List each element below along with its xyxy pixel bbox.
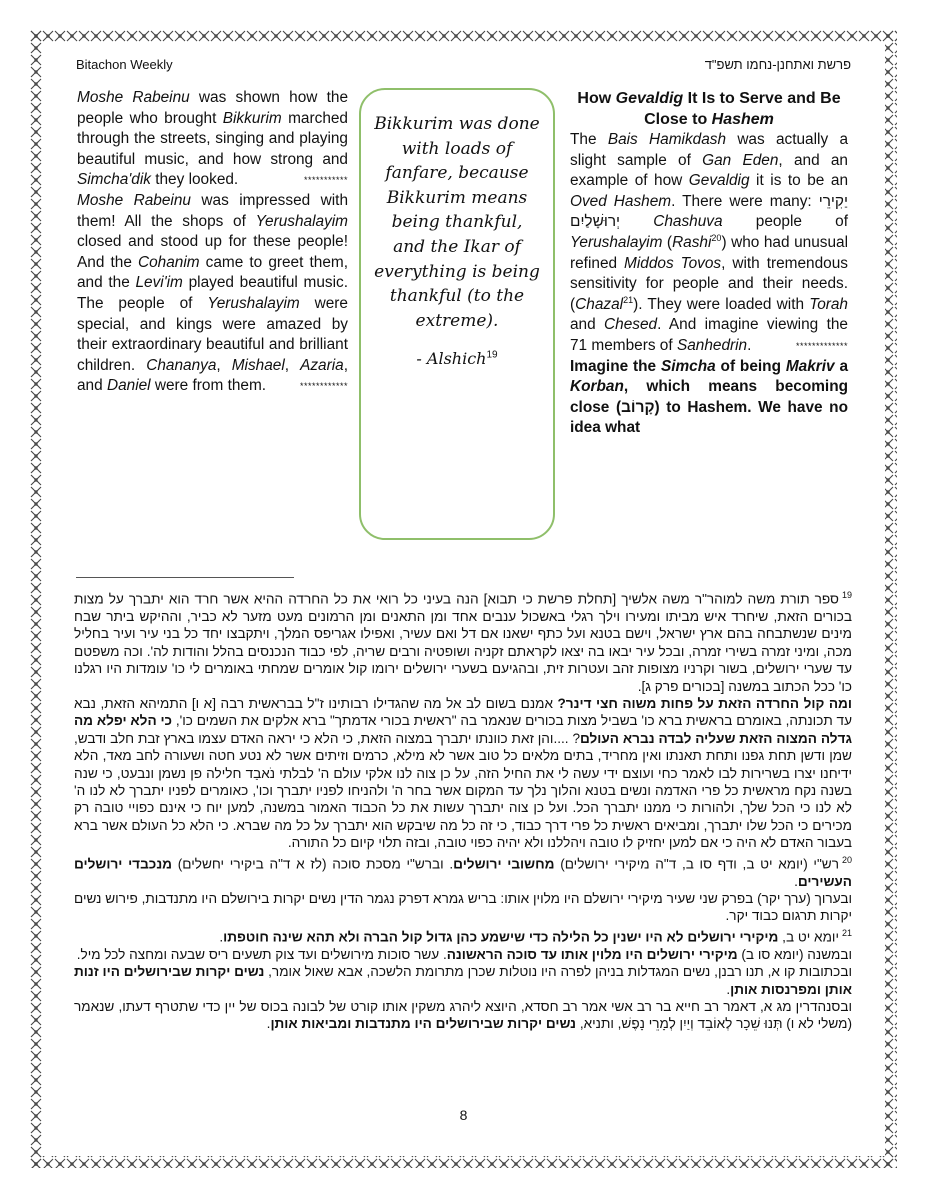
text: of being [716,358,786,375]
bold-text: נשים יקרות שבירושלים היו מתנדבות ומביאות… [270,1016,576,1031]
italic-term: Gevaldig [689,172,750,189]
text: . [747,337,751,354]
page-header: Bitachon Weekly פרשת ואתחנן-נחמו תשפ"ד [76,57,851,75]
footnote-ref: 20 [711,233,721,243]
text: a [835,358,848,375]
italic-term: Daniel [107,377,151,394]
italic-term: Simcha'dik [77,171,151,188]
pull-quote-attribution: - Alshich19 [361,349,553,368]
text: ובכתובות קו א, תנו רבנן, נשים המגדלות בנ… [264,964,852,979]
italic-term: Torah [809,296,848,313]
footnote-19: 19ספר תורת משה למוהר"ר משה אלשיך [תחלת פ… [74,587,852,852]
italic-term: Bikkurim [223,110,282,127]
text: and [570,316,604,333]
pull-quote-text: Bikkurim was done with loads of fanfare,… [361,112,553,333]
italic-term: Makriv [786,358,835,375]
text: ( [662,234,672,251]
section-title: How Gevaldig It Is to Serve and Be Close… [570,88,848,130]
italic-term: Chananya [146,357,216,374]
separator-stars: *********** [304,170,348,191]
italic-term: Korban [570,378,624,395]
right-column: How Gevaldig It Is to Serve and Be Close… [570,88,848,439]
footnote-20-continued: ובערוך (ערך יקר) בפרק שני שעיר מיקירי יר… [74,890,852,925]
attribution-text: - Alshich [416,349,486,368]
text: ? ....והן זאת כוונתו יתברך במצוה הזאת, כ… [74,731,852,850]
text: , [216,357,231,374]
text: ספר תורת משה למוהר"ר משה אלשיך [תחלת פרש… [74,592,852,694]
bold-text: מיקירי ירושלים היו מלוין אותו עד סוכה הר… [447,947,738,962]
text: Imagine the [570,358,661,375]
text: , [285,357,300,374]
italic-term: Cohanim [138,254,200,271]
italic-term: Gevaldig [616,90,684,107]
text: ובמשנה (יומא סו ב) [738,947,852,962]
left-paragraph-2: Moshe Rabeinu was impressed with them! A… [77,191,348,397]
text: ). They were loaded with [633,296,809,313]
footnote-number: 19 [842,590,852,600]
footnote-21-sanhedrin: ובסנהדרין מג א, דאמר רב חייא בר רב אשי א… [74,998,852,1033]
italic-term: Levi'im [135,274,182,291]
left-paragraph-1: Moshe Rabeinu was shown how the people w… [77,88,348,191]
italic-term: Yerushalayim [570,234,662,251]
parsha-title: פרשת ואתחנן-נחמו תשפ"ד [705,57,851,72]
italic-term: Yerushalayim [207,295,299,312]
text: . There were many: [671,193,819,210]
text: it is to be an [750,172,848,189]
right-paragraph-2: Imagine the Simcha of being Makriv a Kor… [570,357,848,439]
bold-text: מיקירי ירושלים לא היו ישנין כל הלילה כדי… [223,929,778,944]
separator-stars: ************* [796,336,848,357]
text: people of [723,213,848,230]
italic-term: Azaria [300,357,344,374]
italic-term: Oved Hashem [570,193,671,210]
separator-stars: ************ [300,376,348,397]
left-column: Moshe Rabeinu was shown how the people w… [77,88,348,397]
text: . עשר סוכות מירושלים ועד צוק תשעים ריס ש… [77,947,447,962]
footnote-number: 21 [842,928,852,938]
right-paragraph-1: The Bais Hamikdash was actually a slight… [570,130,848,357]
italic-term: Hashem [712,111,774,128]
italic-term: Simcha [661,358,716,375]
footnote-21-kesubos: ובכתובות קו א, תנו רבנן, נשים המגדלות בנ… [74,963,852,998]
bold-text: ומה קול החרדה הזאת על פחות משוה חצי דינר… [557,696,852,711]
bold-text: מחשובי ירושלים [453,856,554,871]
footnote-separator [76,577,294,578]
footnote-21-mishna: ובמשנה (יומא סו ב) מיקירי ירושלים היו מל… [74,946,852,963]
italic-term: Gan Eden [702,152,778,169]
italic-term: Bais Hamikdash [608,131,726,148]
footnotes-section: 19ספר תורת משה למוהר"ר משה אלשיך [תחלת פ… [74,587,852,1033]
text: How [577,90,615,107]
footnote-number: 20 [842,855,852,865]
pull-quote-box: Bikkurim was done with loads of fanfare,… [359,88,555,540]
footnote-20: 20רש"י (יומא יט ב, ודף סו ב, ד"ה מיקירי … [74,852,852,890]
italic-term: Mishael [232,357,285,374]
text: יומא יט ב, [778,929,839,944]
page-number: 8 [0,1107,927,1123]
italic-term: Moshe Rabeinu [77,192,191,209]
italic-term: Chesed [604,316,657,333]
text: they looked. [151,171,238,188]
italic-term: Moshe Rabeinu [77,89,190,106]
italic-term: Chashuva [653,213,722,230]
footnote-21: 21יומא יט ב, מיקירי ירושלים לא היו ישנין… [74,925,852,946]
text: The [570,131,608,148]
text: רש"י (יומא יט ב, ודף סו ב, ד"ה מיקירי יר… [555,856,839,871]
text: . וברש"י מסכת סוכה (לז א ד"ה ביקירי יחשל… [172,856,453,871]
text: were from them. [151,377,266,394]
italic-term: Rashi [672,234,711,251]
italic-term: Middos Tovos [624,255,721,272]
hebrew-term: קָרוֹב [621,399,654,416]
footnote-ref: 19 [486,350,497,361]
italic-term: Sanhedrin [677,337,747,354]
text [620,213,653,230]
newsletter-name: Bitachon Weekly [76,57,173,72]
italic-term: Chazal [575,296,623,313]
italic-term: Yerushalayim [256,213,348,230]
footnote-ref: 21 [623,295,633,305]
